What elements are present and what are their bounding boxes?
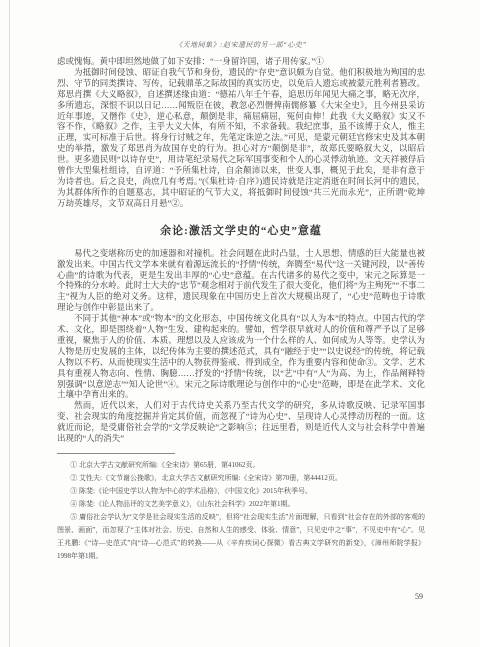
paragraph-jindai: 然而，近代以来，人们对于古代诗史关系乃至古代文学的研究，多从诗歌反映、记录军国事… (57, 400, 425, 444)
footnote-3: ③ 陈斐:《论中国史学以人物为中心的学术品格》，《中国文化》2015年秋季号。 (57, 485, 425, 498)
footnote-1: ① 北京大学古文献研究所编:《全宋诗》第65册，第41062页。 (57, 459, 425, 472)
footnote-4: ④ 陈斐:《论人物品评的文艺美学意义》，《山东社会科学》2022年第1期。 (57, 498, 425, 511)
footnotes: ① 北京大学古文献研究所编:《全宋诗》第65册，第41062页。 ② 艾性夫:《… (57, 459, 425, 563)
footnote-separator (57, 453, 175, 454)
paragraph-renben: 不同于其他“神本”或“物本”的文化形态，中国传统文化具有“以人为本”的特点。中国… (57, 313, 425, 400)
paragraph-cunshi: 为抵御时间侵蚀、昭证自我气节和身份，遗民的“存史”意识颇为自觉。他们积极地为殉国… (57, 67, 425, 209)
page-number: 59 (415, 592, 423, 601)
footnote-5: ⑤ 庸俗社会学认为“文学是社会现实生活的反映”，但将“社会现实生活”片面理解，只… (57, 511, 425, 563)
paragraph-continuation: 虑或愧悔。黄中即坦然地做了如下安排：“一身留许国，诸子用传家。”① (57, 56, 425, 67)
article-body: 虑或愧悔。黄中即坦然地做了如下安排：“一身留许国，诸子用传家。”① 为抵御时间侵… (57, 56, 425, 563)
footnote-2: ② 艾性夫:《文节谢公挽歌》，北京大学古文献研究所编:《全宋诗》第70册，第44… (57, 472, 425, 485)
scan-edge-line (9, 0, 10, 647)
section-heading: 余论:激活文学史的“心史”意蕴 (57, 222, 425, 238)
journal-page: 《天地间集》:赵宋遗民的另一部“心史” 虑或愧悔。黄中即坦然地做了如下安排：“一… (0, 0, 480, 647)
running-header: 《天地间集》:赵宋遗民的另一部“心史” (57, 40, 425, 50)
paragraph-yidai: 易代之变堪称历史的加速器和对撞机。社会问题在此时凸显，士人思想、情感的巨大能量也… (57, 248, 425, 313)
